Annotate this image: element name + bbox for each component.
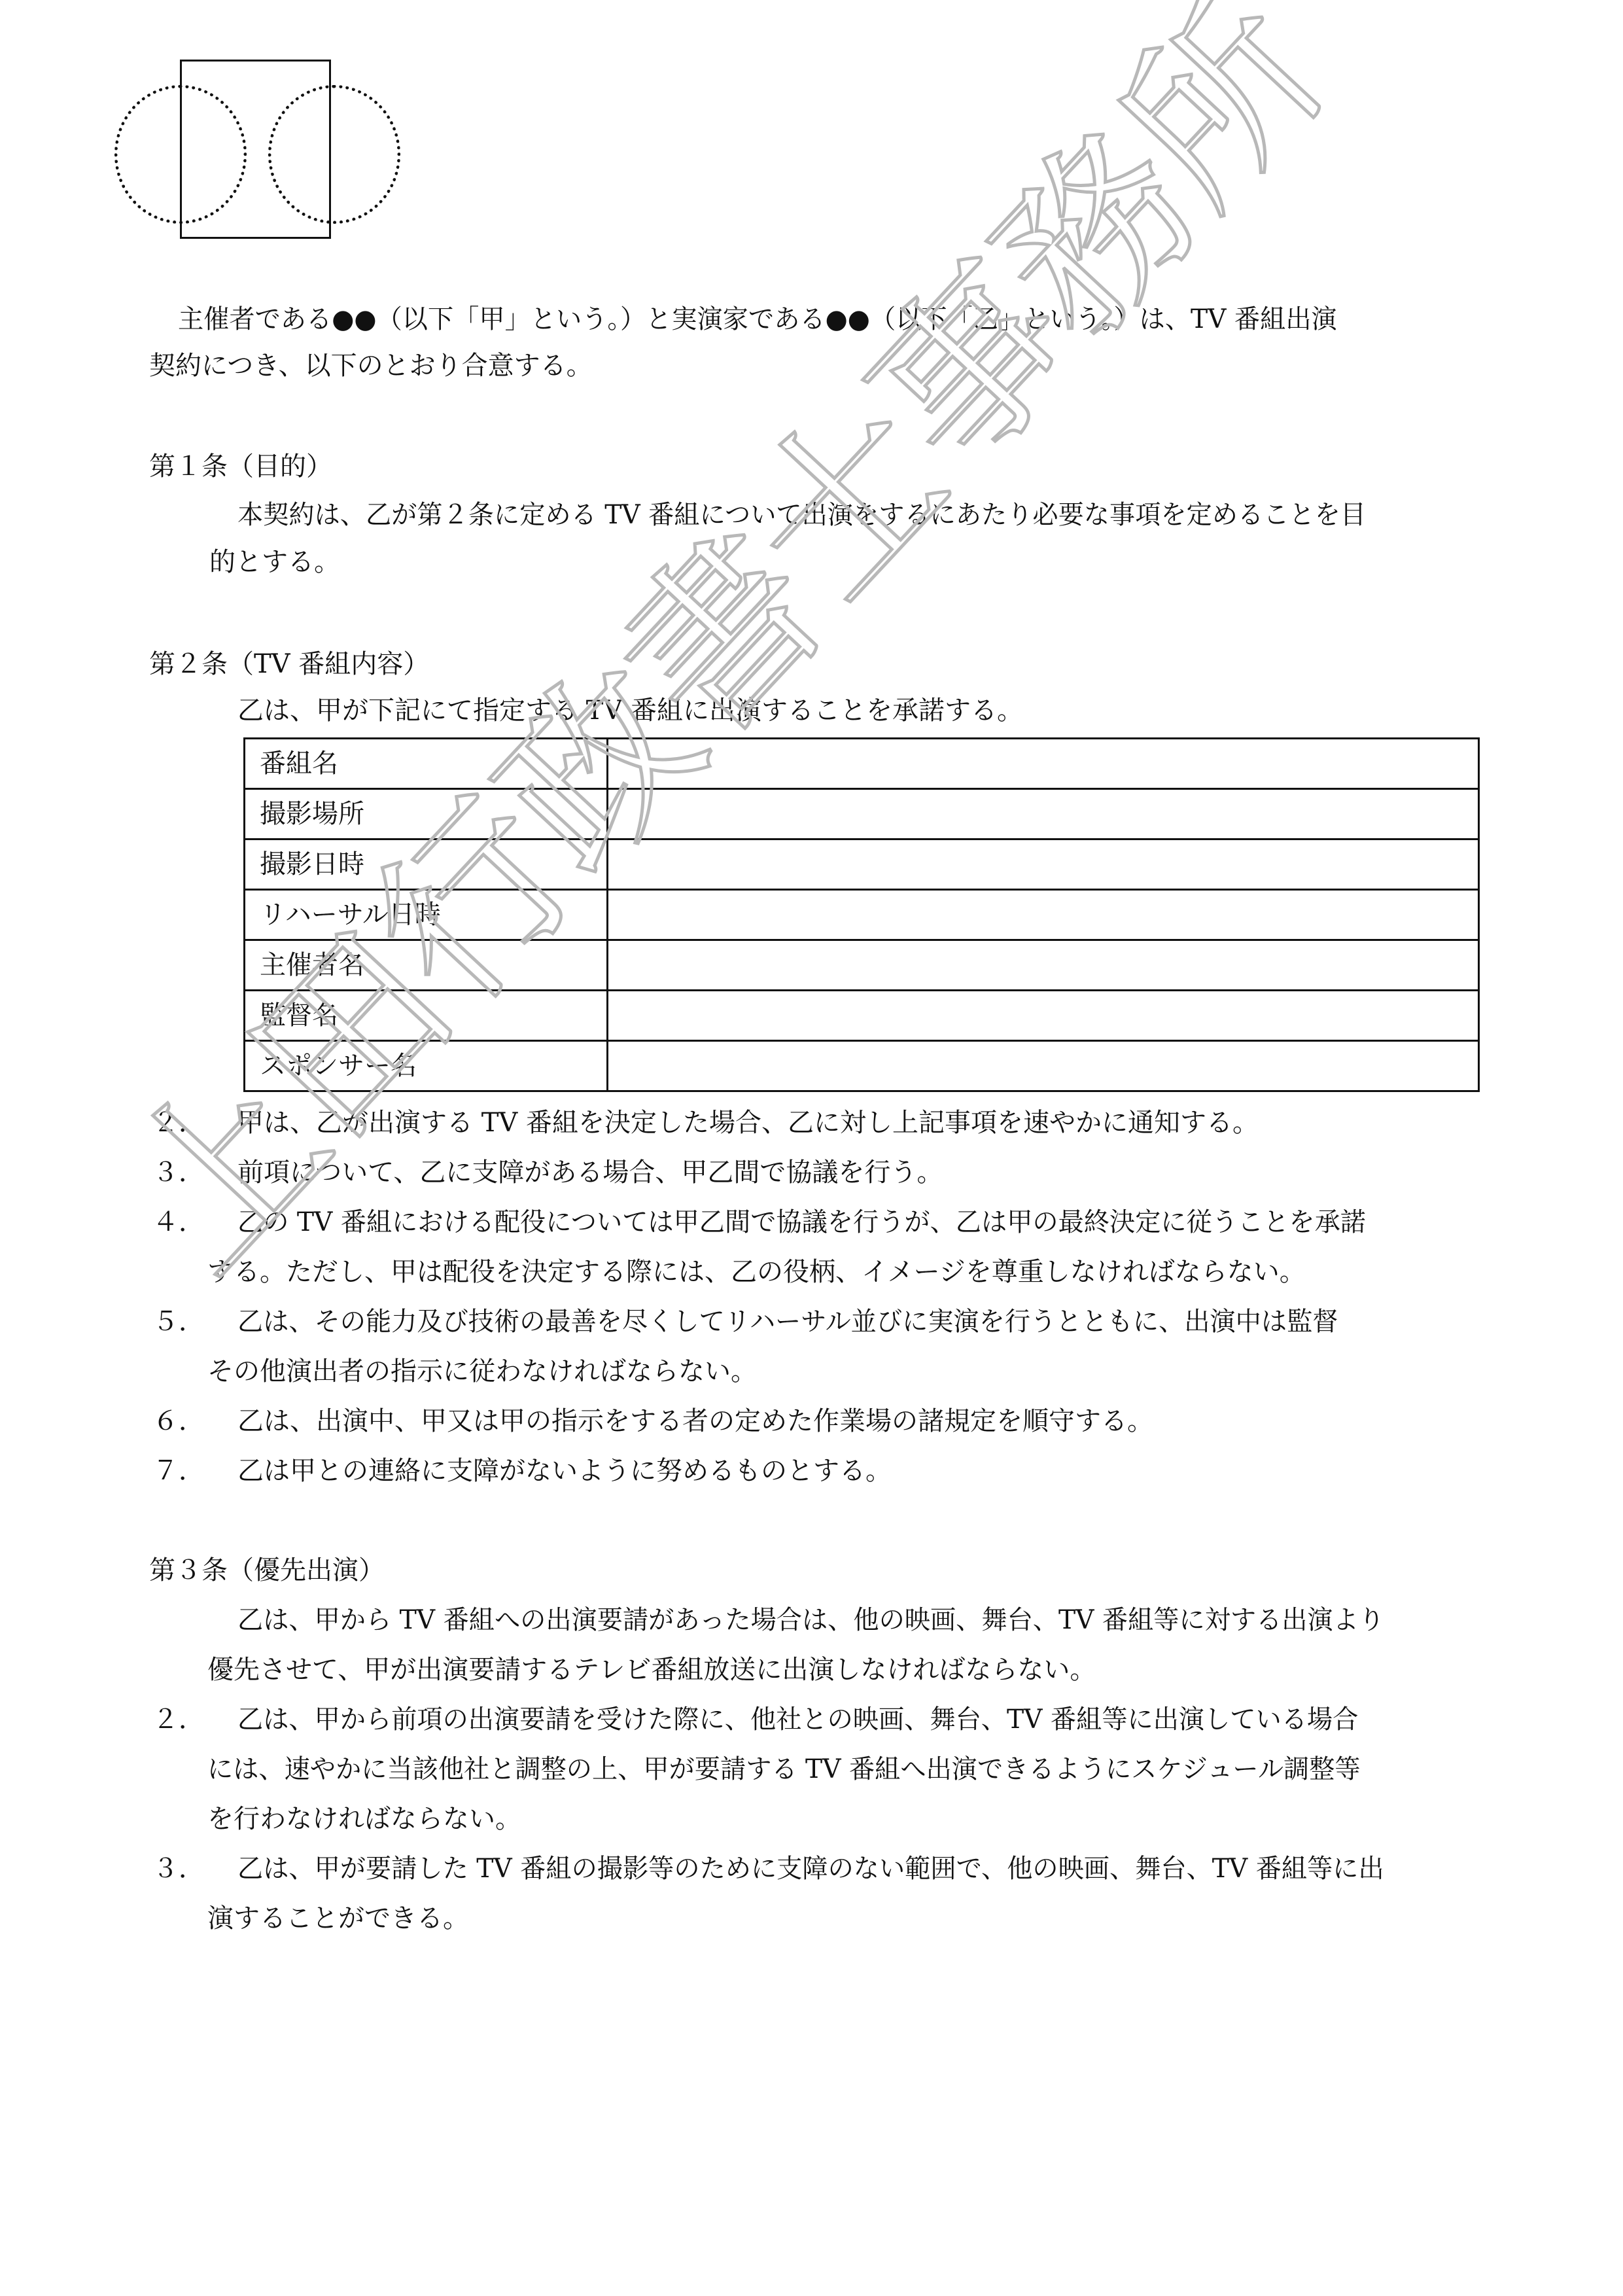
preamble-text-2: 契約につき、以下のとおり合意する。 xyxy=(149,350,593,381)
item-text: 乙は、出演中、甲又は甲の指示をする者の定めた作業場の諸規定を順守する。 xyxy=(237,1405,1153,1437)
table-value-filming-location[interactable] xyxy=(608,789,1479,839)
item-text: 演することができる。 xyxy=(207,1903,469,1934)
item-text: 乙は、甲が要請した TV 番組の撮影等のために支障のない範囲で、他の映画、舞台、… xyxy=(237,1853,1384,1884)
item-line: 乙は、甲から前項の出演要請を受けた際に、他社との映画、舞台、TV 番組等に出演し… xyxy=(237,1704,1381,1735)
item-text: 前項について、乙に支障がある場合、甲乙間で協議を行う。 xyxy=(237,1157,943,1188)
table-label-filming-location: 撮影場所 xyxy=(245,789,608,839)
revenue-stamp-box xyxy=(180,60,331,239)
table-row: 番組名 xyxy=(245,739,1479,789)
article-3-body-line-1: 乙は、甲から TV 番組への出演要請があった場合は、他の映画、舞台、TV 番組等… xyxy=(237,1604,1408,1636)
program-info-table: 番組名 撮影場所 撮影日時 リハーサル日時 主催者名 監督名 xyxy=(243,737,1480,1092)
table-value-organizer-name[interactable] xyxy=(608,940,1479,991)
item-text: 乙は、その能力及び技術の最善を尽くしてリハーサル並びに実演を行うとともに、出演中… xyxy=(237,1306,1338,1337)
table-label-program-name: 番組名 xyxy=(245,739,608,789)
article-3-heading-text: 第３条（優先出演） xyxy=(149,1555,385,1585)
article-2-body-text-1: 乙は、甲が下記にて指定する TV 番組に出演することを承諾する。 xyxy=(237,695,1023,726)
article-3-heading: 第３条（優先出演） xyxy=(149,1555,385,1586)
table-row: スポンサー名 xyxy=(245,1041,1479,1091)
item-line: 乙は甲との連絡に支障がないように努めるものとする。 xyxy=(237,1455,892,1487)
article-2-heading-text: 第２条（TV 番組内容） xyxy=(149,649,429,679)
article-1-body-line-2: 的とする。 xyxy=(209,546,340,578)
article-3-body-text-1: 乙は、甲から TV 番組への出演要請があった場合は、他の映画、舞台、TV 番組等… xyxy=(237,1604,1384,1636)
table-row: 撮影日時 xyxy=(245,839,1479,890)
item-line: を行わなければならない。 xyxy=(207,1803,521,1835)
article-1-heading: 第１条（目的） xyxy=(149,451,332,482)
item-text: 甲は、乙が出演する TV 番組を決定した場合、乙に対し上記事項を速やかに通知する… xyxy=(237,1107,1259,1139)
article-1-body-text-1: 本契約は、乙が第２条に定める TV 番組について出演をするにあたり必要な事項を定… xyxy=(237,499,1366,531)
table-value-program-name[interactable] xyxy=(608,739,1479,789)
item-number: ３． xyxy=(152,1853,205,1884)
table-label-organizer-name: 主催者名 xyxy=(245,940,608,991)
item-line: する。ただし、甲は配役を決定する際には、乙の役柄、イメージを尊重しなければならな… xyxy=(207,1256,1306,1288)
contract-page: 主催者である●●（以下「甲」という。）と実演家である●●（以下「乙」という。）は… xyxy=(0,0,1623,2296)
item-line: 乙は、出演中、甲又は甲の指示をする者の定めた作業場の諸規定を順守する。 xyxy=(237,1405,1153,1437)
article-1-body-text-2: 的とする。 xyxy=(209,546,340,578)
table-row: 主催者名 xyxy=(245,940,1479,991)
table-value-rehearsal-datetime[interactable] xyxy=(608,890,1479,940)
item-text: 乙は、甲から前項の出演要請を受けた際に、他社との映画、舞台、TV 番組等に出演し… xyxy=(237,1704,1358,1735)
item-line: その他演出者の指示に従わなければならない。 xyxy=(207,1356,757,1387)
table-label-rehearsal-datetime: リハーサル日時 xyxy=(245,890,608,940)
item-number: ４． xyxy=(152,1207,205,1238)
item-line: には、速やかに当該他社と調整の上、甲が要請する TV 番組へ出演できるようにスケ… xyxy=(207,1754,1384,1785)
item-number: ２． xyxy=(152,1107,205,1139)
item-text: 乙の TV 番組における配役については甲乙間で協議を行うが、乙は甲の最終決定に従… xyxy=(237,1207,1366,1238)
item-line: 乙の TV 番組における配役については甲乙間で協議を行うが、乙は甲の最終決定に従… xyxy=(237,1207,1389,1238)
item-line: 前項について、乙に支障がある場合、甲乙間で協議を行う。 xyxy=(237,1157,943,1188)
table-row: リハーサル日時 xyxy=(245,890,1479,940)
preamble-line-1: 主催者である●●（以下「甲」という。）と実演家である●●（以下「乙」という。）は… xyxy=(178,304,1361,335)
item-line: 甲は、乙が出演する TV 番組を決定した場合、乙に対し上記事項を速やかに通知する… xyxy=(237,1107,1259,1139)
table-value-director-name[interactable] xyxy=(608,991,1479,1041)
article-1-body-line-1: 本契約は、乙が第２条に定める TV 番組について出演をするにあたり必要な事項を定… xyxy=(237,499,1389,531)
table-row: 撮影場所 xyxy=(245,789,1479,839)
item-line: 乙は、その能力及び技術の最善を尽くしてリハーサル並びに実演を行うとともに、出演中… xyxy=(237,1306,1361,1337)
table-label-filming-datetime: 撮影日時 xyxy=(245,839,608,890)
item-number: ７． xyxy=(152,1455,205,1487)
article-2-heading: 第２条（TV 番組内容） xyxy=(149,648,429,680)
article-3-body-text-2: 優先させて、甲が出演要請するテレビ番組放送に出演しなければならない。 xyxy=(207,1654,1096,1686)
item-text: その他演出者の指示に従わなければならない。 xyxy=(207,1356,757,1387)
item-number: ３． xyxy=(152,1157,205,1188)
table-value-filming-datetime[interactable] xyxy=(608,839,1479,890)
table-value-sponsor-name[interactable] xyxy=(608,1041,1479,1091)
preamble-line-2: 契約につき、以下のとおり合意する。 xyxy=(149,350,593,381)
article-2-body-line-1: 乙は、甲が下記にて指定する TV 番組に出演することを承諾する。 xyxy=(237,695,1023,726)
item-line: 演することができる。 xyxy=(207,1903,469,1934)
item-text: を行わなければならない。 xyxy=(207,1803,521,1835)
item-number: ６． xyxy=(152,1405,205,1437)
item-number: ５． xyxy=(152,1306,205,1337)
preamble-text-1: 主催者である●●（以下「甲」という。）と実演家である●●（以下「乙」という。）は… xyxy=(178,304,1337,335)
table-row: 監督名 xyxy=(245,991,1479,1041)
article-1-heading-text: 第１条（目的） xyxy=(149,451,332,482)
item-line: 乙は、甲が要請した TV 番組の撮影等のために支障のない範囲で、他の映画、舞台、… xyxy=(237,1853,1407,1884)
item-number: ２． xyxy=(152,1704,205,1735)
table-label-sponsor-name: スポンサー名 xyxy=(245,1041,608,1091)
item-text: には、速やかに当該他社と調整の上、甲が要請する TV 番組へ出演できるようにスケ… xyxy=(207,1754,1361,1785)
table-label-director-name: 監督名 xyxy=(245,991,608,1041)
seal-stamp-area xyxy=(111,56,425,245)
item-text: 乙は甲との連絡に支障がないように努めるものとする。 xyxy=(237,1455,892,1487)
article-3-body-line-2: 優先させて、甲が出演要請するテレビ番組放送に出演しなければならない。 xyxy=(207,1654,1096,1686)
item-text: する。ただし、甲は配役を決定する際には、乙の役柄、イメージを尊重しなければならな… xyxy=(207,1256,1306,1288)
